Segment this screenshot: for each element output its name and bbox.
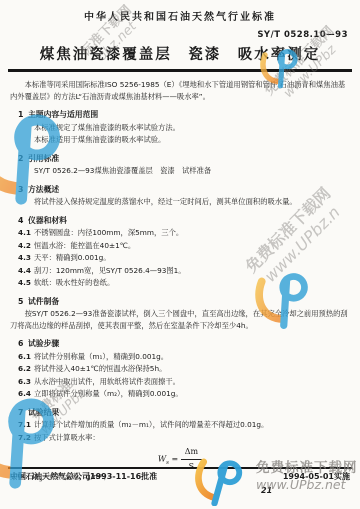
section-heading: 5试件制备 <box>18 296 350 308</box>
clause-number: 6.3 <box>18 376 34 388</box>
section-title: 试验步骤 <box>28 339 59 348</box>
clause-number: 6.2 <box>18 363 34 375</box>
implementation-date: 1994-05-01实施 <box>283 471 350 482</box>
clause-number: 6.4 <box>18 388 34 400</box>
section-4: 4仪器和材料 4.1不锈钢圆盘：内径100mm，深5mm，三个。 4.2恒温水浴… <box>10 215 350 289</box>
clause-number: 7.2 <box>18 432 34 444</box>
clause: 4.5软纸：吸水性好的卷纸。 <box>18 277 350 289</box>
approval-note: 中国石油天然气总公司1993-11-16批准 <box>10 471 157 482</box>
section-5: 5试件制备 按SY/T 0526.2—93准备瓷漆试样，倒入三个圆盘中，直至高出… <box>10 296 350 332</box>
paragraph: 将试件浸入保持规定温度的蒸馏水中，经过一定时间后，测其单位面积的吸水量。 <box>34 196 350 208</box>
clause: 7.2按下式计算吸水率： <box>18 432 350 444</box>
clause: 4.1不锈钢圆盘：内径100mm，深5mm，三个。 <box>18 227 350 239</box>
section-title: 主题内容与适用范围 <box>28 110 98 119</box>
section-number: 3 <box>18 184 28 196</box>
section-number: 4 <box>18 215 28 227</box>
footer-rule <box>8 467 352 469</box>
clause-text: 将试件浸入40±1℃的恒温水浴保持5h。 <box>34 364 166 373</box>
section-6: 6试验步骤 6.1将试件分别称量（m₁），精确到0.001g。 6.2将试件浸入… <box>10 338 350 400</box>
section-heading: 7试验结果 <box>18 407 350 419</box>
clause-text: 天平：精确到0.001g。 <box>34 253 111 262</box>
section-heading: 1主题内容与适用范围 <box>18 109 350 121</box>
section-number: 7 <box>18 407 28 419</box>
clause-text: 恒温水浴：能控温在40±1℃。 <box>34 241 135 250</box>
clause-number: 6.1 <box>18 351 34 363</box>
paragraph: 本标准规定了煤焦油瓷漆的吸水率试验方法。 <box>34 122 350 134</box>
section-title: 试件制备 <box>28 297 59 306</box>
clause: 7.1计算每个试件增加的质量（m₂－m₁），试件间的增量差不得超过0.01g。 <box>18 419 350 431</box>
section-title: 试验结果 <box>28 408 59 417</box>
paragraph: 本标准适用于煤焦油瓷漆的吸水率试验。 <box>34 134 350 146</box>
section-heading: 4仪器和材料 <box>18 215 350 227</box>
section-title: 方法概述 <box>28 185 59 194</box>
clause: 4.4刮刀：120mm宽，见SY/T 0526.4—93图1。 <box>18 265 350 277</box>
section-heading: 3方法概述 <box>18 184 350 196</box>
clause-number: 4.3 <box>18 252 34 264</box>
document-body: 本标准等同采用国际标准ISO 5256-1985（E）《埋地和水下管道用钢管和管… <box>0 79 360 485</box>
page-number: 21 <box>261 486 272 495</box>
section-3: 3方法概述 将试件浸入保持规定温度的蒸馏水中，经过一定时间后，测其单位面积的吸水… <box>10 184 350 208</box>
intro-paragraph: 本标准等同采用国际标准ISO 5256-1985（E）《埋地和水下管道用钢管和管… <box>10 79 350 102</box>
equals-sign: = <box>171 455 178 464</box>
section-number: 6 <box>18 338 28 350</box>
clause: 6.4立即将试件分别称量（m₂），精确到0.001g。 <box>18 388 350 400</box>
clause-text: 不锈钢圆盘：内径100mm，深5mm，三个。 <box>34 228 183 237</box>
clause-text: 计算每个试件增加的质量（m₂－m₁），试件间的增量差不得超过0.01g。 <box>34 420 268 429</box>
clause: 4.2恒温水浴：能控温在40±1℃。 <box>18 240 350 252</box>
clause-text: 刮刀：120mm宽，见SY/T 0526.4—93图1。 <box>34 266 186 275</box>
section-title: 引用标准 <box>28 154 59 163</box>
standard-type-title: 中华人民共和国石油天然气行业标准 <box>0 0 360 23</box>
standard-number: SY/T 0528.10—93 <box>0 30 348 40</box>
fraction-numerator: Δm <box>181 446 202 460</box>
footer: 中国石油天然气总公司1993-11-16批准 1994-05-01实施 <box>10 471 350 482</box>
referenced-standard: SY/T 0526.2—93煤焦油瓷漆覆盖层 瓷漆 试样准备 <box>34 165 350 177</box>
section-heading: 2引用标准 <box>18 153 350 165</box>
clause-number: 4.5 <box>18 277 34 289</box>
section-title: 仪器和材料 <box>28 216 67 225</box>
clause-number: 4.4 <box>18 265 34 277</box>
section-number: 2 <box>18 153 28 165</box>
clause-text: 将试件分别称量（m₁），精确到0.001g。 <box>34 352 168 361</box>
section-1: 1主题内容与适用范围 本标准规定了煤焦油瓷漆的吸水率试验方法。 本标准适用于煤焦… <box>10 109 350 146</box>
formula-variable: W <box>158 455 166 464</box>
clause-text: 立即将试件分别称量（m₂），精确到0.001g。 <box>34 389 183 398</box>
section-heading: 6试验步骤 <box>18 338 350 350</box>
document-title: 煤焦油瓷漆覆盖层 瓷漆 吸水率测定 <box>0 43 360 64</box>
clause-number: 4.1 <box>18 227 34 239</box>
standard-document-page: 中华人民共和国石油天然气行业标准 SY/T 0528.10—93 煤焦油瓷漆覆盖… <box>0 0 360 509</box>
clause: 4.3天平：精确到0.001g。 <box>18 252 350 264</box>
formula-subscript: s <box>166 460 169 466</box>
clause-text: 软纸：吸水性好的卷纸。 <box>34 278 114 287</box>
clause-text: 从水浴中取出试件，用软纸将试件表面擦干。 <box>34 377 180 386</box>
section-number: 5 <box>18 296 28 308</box>
clause: 6.1将试件分别称量（m₁），精确到0.001g。 <box>18 351 350 363</box>
clause-text: 按下式计算吸水率： <box>34 433 100 442</box>
clause-number: 4.2 <box>18 240 34 252</box>
clause: 6.2将试件浸入40±1℃的恒温水浴保持5h。 <box>18 363 350 375</box>
clause: 6.3从水浴中取出试件，用软纸将试件表面擦干。 <box>18 376 350 388</box>
paragraph: 按SY/T 0526.2—93准备瓷漆试样，倒入三个圆盘中，直至高出边缘，在其完… <box>10 308 350 331</box>
section-number: 1 <box>18 109 28 121</box>
header-rule <box>8 69 352 72</box>
clause-number: 7.1 <box>18 419 34 431</box>
section-2: 2引用标准 SY/T 0526.2—93煤焦油瓷漆覆盖层 瓷漆 试样准备 <box>10 153 350 177</box>
